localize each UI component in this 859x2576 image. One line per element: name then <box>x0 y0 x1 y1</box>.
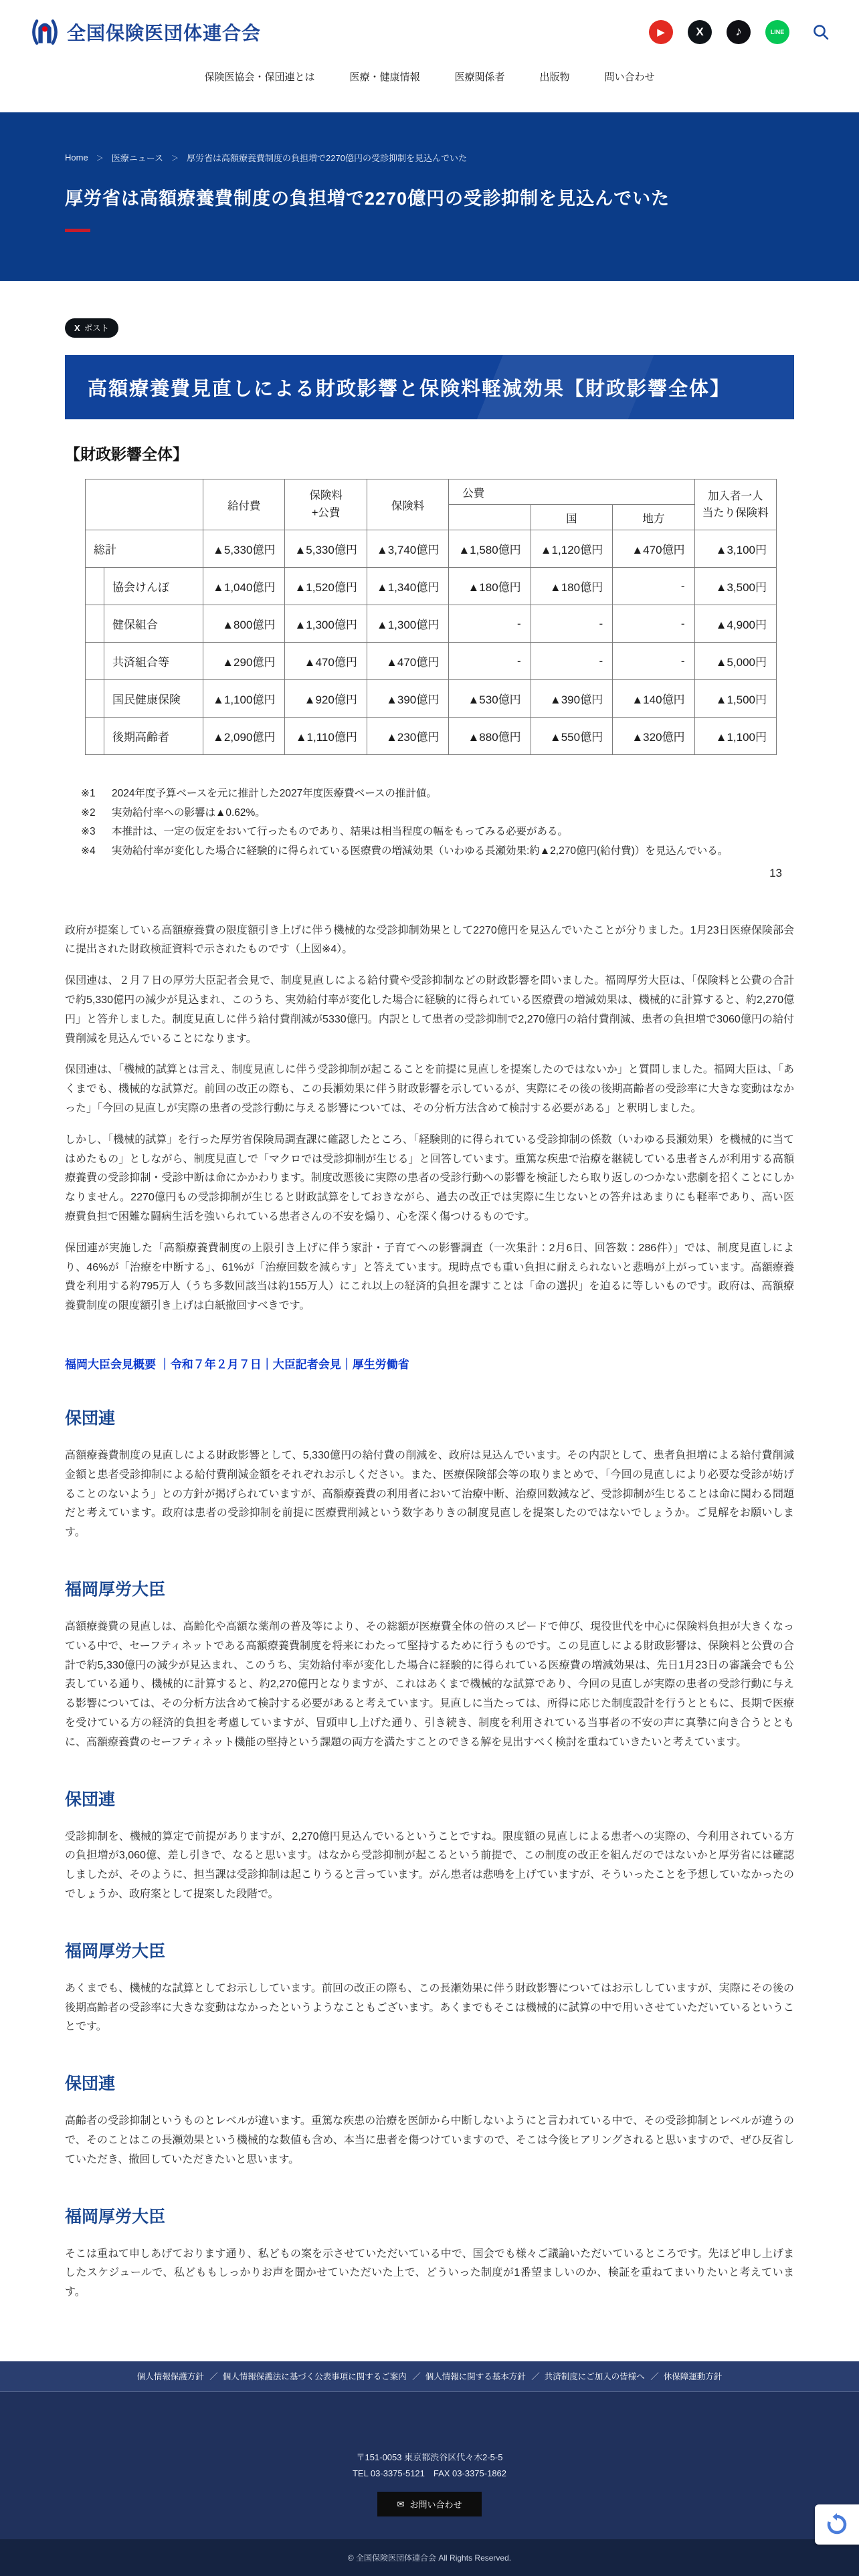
table-row: 国民健康保険▲1,100億円▲920億円▲390億円▲530億円▲390億円▲1… <box>86 680 777 718</box>
value-cell: ▲550億円 <box>531 718 612 755</box>
value-cell: - <box>531 643 612 680</box>
speaker-statement: 高額療養費制度の見直しによる財政影響として、5,330億円の給付費の削減を、政府… <box>65 1446 794 1543</box>
row-label: 共済組合等 <box>104 643 203 680</box>
col-header-benefit: 給付費 <box>203 479 285 530</box>
site-logo[interactable]: 全国保険医団体連合会 <box>29 18 261 46</box>
recaptcha-icon <box>826 2513 848 2536</box>
article-main: X ポスト 高額療養費見直しによる財政影響と保険料軽減効果【財政影響全体】 【財… <box>65 281 794 2315</box>
value-cell: ▲1,100円 <box>694 718 776 755</box>
speaker-statement: あくまでも、機械的な試算としてお示ししています。前回の改正の際も、この長瀬効果に… <box>65 1979 794 2037</box>
value-cell: ▲1,500円 <box>694 680 776 718</box>
value-cell: ▲180億円 <box>449 568 531 605</box>
value-cell: ▲1,100億円 <box>203 680 285 718</box>
footer-link-privacy-policy[interactable]: 個人情報保護方針 <box>128 2370 213 2382</box>
footer-link-personal-info[interactable]: 個人情報に関する基本方針 <box>416 2370 535 2382</box>
article-paragraph: 政府が提案している高額療養費の限度額引き上げに伴う機械的な受診抑制効果として22… <box>65 922 794 960</box>
value-cell: ▲470億円 <box>367 643 448 680</box>
value-cell: ▲800億円 <box>203 605 285 643</box>
value-cell: ▲3,740億円 <box>367 530 448 568</box>
value-cell: ▲1,580億円 <box>449 530 531 568</box>
value-cell: ▲1,110億円 <box>285 718 367 755</box>
table-row: 後期高齢者▲2,090億円▲1,110億円▲230億円▲880億円▲550億円▲… <box>86 718 777 755</box>
footer-link-leave-compensation[interactable]: 休保障運動方針 <box>654 2370 732 2382</box>
nav-item-medical-info[interactable]: 医療・健康情報 <box>349 70 419 84</box>
footer-main: 〒151-0053 東京都渋谷区代々木2-5-5 TEL 03-3375-512… <box>0 2392 859 2539</box>
footer-tel-fax: TEL 03-3375-5121 FAX 03-3375-1862 <box>0 2466 859 2482</box>
col-header-per-capita: 加入者一人当たり保険料 <box>694 479 776 530</box>
breadcrumb-current: 厚労省は高額療養費制度の負担増で2270億円の受診抑制を見込んでいた <box>187 151 467 164</box>
line-icon[interactable]: LINE <box>765 20 789 44</box>
value-cell: ▲180億円 <box>531 568 612 605</box>
value-cell: - <box>613 643 694 680</box>
table-row: 健保組合▲800億円▲1,300億円▲1,300億円---▲4,900円 <box>86 605 777 643</box>
table-row: 協会けんぽ▲1,040億円▲1,520億円▲1,340億円▲180億円▲180億… <box>86 568 777 605</box>
value-cell: ▲2,090億円 <box>203 718 285 755</box>
row-label: 総計 <box>86 530 203 568</box>
value-cell: ▲1,120億円 <box>531 530 612 568</box>
impact-banner: 高額療養費見直しによる財政影響と保険料軽減効果【財政影響全体】 <box>65 355 794 419</box>
logo-mark-icon <box>29 18 60 46</box>
value-cell: ▲5,000円 <box>694 643 776 680</box>
article-paragraph: 保団連は、「機械的試算とは言え、制度見直しに伴う受診抑制が起こることを前提に見直… <box>65 1061 794 1118</box>
speaker-statement: 高額療養費の見直しは、高齢化や高額な薬剤の普及等により、その総額が医療費全体の倍… <box>65 1618 794 1753</box>
title-accent-bar <box>65 229 90 232</box>
value-cell: ▲920億円 <box>285 680 367 718</box>
breadcrumb: Home ＞ 医療ニュース ＞ 厚労省は高額療養費制度の負担増で2270億円の受… <box>65 112 794 164</box>
breadcrumb-category-link[interactable]: 医療ニュース <box>112 151 163 164</box>
value-cell: ▲4,900円 <box>694 605 776 643</box>
note-line: ※3本推計は、一定の仮定をおいて行ったものであり、結果は相当程度の幅をもってみる… <box>81 823 794 842</box>
page: { "colors": { "brand_blue": "#1b4496", "… <box>0 0 859 2576</box>
breadcrumb-separator: ＞ <box>96 152 104 163</box>
row-label: 健保組合 <box>104 605 203 643</box>
row-label: 国民健康保険 <box>104 680 203 718</box>
article-paragraph: しかし、「機械的試算」を行った厚労省保険局調査課に確認したところ、「経験則的に得… <box>65 1131 794 1227</box>
indent-cell <box>86 605 104 643</box>
value-cell: ▲1,300億円 <box>367 605 448 643</box>
nav-item-about[interactable]: 保険医協会・保団連とは <box>204 70 314 84</box>
col-header-national: 国 <box>531 505 612 530</box>
footer-copyright: © 全国保険医団体連合会 All Rights Reserved. <box>0 2539 859 2576</box>
hero-band: Home ＞ 医療ニュース ＞ 厚労省は高額療養費制度の負担増で2270億円の受… <box>0 112 859 281</box>
footer-link-disclosure[interactable]: 個人情報保護法に基づく公表事項に関するご案内 <box>213 2370 416 2382</box>
value-cell: ▲1,040億円 <box>203 568 285 605</box>
value-cell: ▲390億円 <box>531 680 612 718</box>
x-icon[interactable]: X <box>688 20 712 44</box>
col-header-premium: 保険料 <box>367 479 448 530</box>
speaker-heading: 保団連 <box>65 2070 794 2095</box>
minister-press-conference-link[interactable]: 福岡大臣会見概要 ｜令和７年２月７日｜大臣記者会見｜厚生労働省 <box>65 1355 409 1372</box>
table-row: 総計▲5,330億円▲5,330億円▲3,740億円▲1,580億円▲1,120… <box>86 530 777 568</box>
note-line: ※2実効給付率への影響は▲0.62%。 <box>81 804 794 823</box>
col-header-public: 公費 <box>449 479 694 505</box>
value-cell: ▲390億円 <box>367 680 448 718</box>
value-cell: ▲1,300億円 <box>285 605 367 643</box>
indent-cell <box>86 680 104 718</box>
col-header-local: 地方 <box>613 505 694 530</box>
nav-item-professionals[interactable]: 医療関係者 <box>454 70 504 84</box>
tiktok-icon[interactable]: ♪ <box>727 20 751 44</box>
value-cell: ▲3,100円 <box>694 530 776 568</box>
impact-table: 給付費 保険料+公費 保険料 公費 加入者一人当たり保険料 国 地方 総計▲5,… <box>85 479 777 755</box>
speaker-statement: そこは重ねて申しあげております通り、私どもの案を示させていただいている中で、国会… <box>65 2245 794 2302</box>
impact-table-body: 総計▲5,330億円▲5,330億円▲3,740億円▲1,580億円▲1,120… <box>86 530 777 755</box>
x-logo-icon: X <box>74 323 80 333</box>
value-cell: ▲5,330億円 <box>285 530 367 568</box>
value-cell: ▲230億円 <box>367 718 448 755</box>
page-number: 13 <box>65 867 794 880</box>
nav-item-publications[interactable]: 出版物 <box>540 70 570 84</box>
breadcrumb-separator: ＞ <box>171 152 179 163</box>
value-cell: ▲3,500円 <box>694 568 776 605</box>
mail-icon: ✉ <box>397 2499 405 2510</box>
footer-links-bar: 個人情報保護方針 個人情報保護法に基づく公表事項に関するご案内 個人情報に関する… <box>0 2361 859 2392</box>
table-caption: 【財政影響全体】 <box>65 442 794 464</box>
table-row: 共済組合等▲290億円▲470億円▲470億円---▲5,000円 <box>86 643 777 680</box>
speaker-heading: 福岡厚労大臣 <box>65 1576 794 1600</box>
speaker-statement: 受診抑制を、機械的算定で前提がありますが、2,270億円見込んでいるということで… <box>65 1828 794 1905</box>
speaker-heading: 保団連 <box>65 1786 794 1810</box>
main-nav: 保険医協会・保団連とは 医療・健康情報 医療関係者 出版物 問い合わせ <box>29 70 830 84</box>
footer-link-mutual-aid[interactable]: 共済制度にご加入の皆様へ <box>535 2370 654 2382</box>
contact-button-label: お問い合わせ <box>409 2498 462 2510</box>
article-paragraph: 保団連は、２月７日の厚労大臣記者会見で、制度見直しによる給付費や受診抑制などの財… <box>65 972 794 1049</box>
speaker-statement: 高齢者の受診抑制というものとレベルが違います。重篤な疾患の治療を医師から中断しな… <box>65 2112 794 2169</box>
site-footer: 個人情報保護方針 個人情報保護法に基づく公表事項に関するご案内 個人情報に関する… <box>0 2361 859 2576</box>
indent-cell <box>86 568 104 605</box>
row-label: 後期高齢者 <box>104 718 203 755</box>
page-title: 厚労省は高額療養費制度の負担増で2270億円の受診抑制を見込んでいた <box>65 184 794 210</box>
row-label: 協会けんぽ <box>104 568 203 605</box>
note-line: ※12024年度予算ベースを元に推計した2027年度医療費ベースの推計値。 <box>81 784 794 804</box>
article-body: 政府が提案している高額療養費の限度額引き上げに伴う機械的な受診抑制効果として22… <box>65 922 794 2302</box>
search-icon[interactable] <box>812 23 830 41</box>
value-cell: - <box>613 605 694 643</box>
indent-cell <box>86 643 104 680</box>
footer-address: 〒151-0053 東京都渋谷区代々木2-5-5 <box>0 2450 859 2466</box>
value-cell: - <box>613 568 694 605</box>
site-header: 全国保険医団体連合会 ▶ X ♪ LINE 保険医協会・保団連とは 医療・健康情… <box>0 0 859 112</box>
value-cell: ▲5,330億円 <box>203 530 285 568</box>
youtube-icon[interactable]: ▶ <box>649 20 673 44</box>
article-paragraph: 保団連が実施した「高額療養費制度の上限引き上げに伴う家計・子育てへの影響調査（一… <box>65 1239 794 1316</box>
value-cell: ▲470億円 <box>613 530 694 568</box>
tweet-button[interactable]: X ポスト <box>65 318 118 338</box>
table-corner-cell <box>86 479 203 530</box>
contact-button[interactable]: ✉ お問い合わせ <box>377 2492 482 2516</box>
note-line: ※4実効給付率が変化した場合に経験的に得られている医療費の増減効果（いわゆる長瀬… <box>81 842 794 861</box>
value-cell: ▲290億円 <box>203 643 285 680</box>
nav-item-contact[interactable]: 問い合わせ <box>605 70 655 84</box>
impact-banner-title: 高額療養費見直しによる財政影響と保険料軽減効果【財政影響全体】 <box>88 374 731 401</box>
value-cell: ▲470億円 <box>285 643 367 680</box>
value-cell: ▲1,340億円 <box>367 568 448 605</box>
recaptcha-badge[interactable] <box>815 2504 859 2545</box>
value-cell: ▲880億円 <box>449 718 531 755</box>
col-header-premium-public: 保険料+公費 <box>285 479 367 530</box>
speaker-heading: 保団連 <box>65 1405 794 1429</box>
value-cell: ▲320億円 <box>613 718 694 755</box>
logo-text: 全国保険医団体連合会 <box>67 19 261 45</box>
value-cell: - <box>531 605 612 643</box>
speaker-heading: 福岡厚労大臣 <box>65 2204 794 2228</box>
breadcrumb-home-link[interactable]: Home <box>65 152 88 163</box>
speaker-heading: 福岡厚労大臣 <box>65 1938 794 1962</box>
value-cell: ▲530億円 <box>449 680 531 718</box>
table-notes: ※12024年度予算ベースを元に推計した2027年度医療費ベースの推計値。 ※2… <box>81 784 794 861</box>
indent-cell <box>86 718 104 755</box>
public-subtotal-cell <box>449 505 531 530</box>
value-cell: ▲1,520億円 <box>285 568 367 605</box>
value-cell: ▲140億円 <box>613 680 694 718</box>
value-cell: - <box>449 605 531 643</box>
tweet-button-label: ポスト <box>84 322 110 334</box>
value-cell: - <box>449 643 531 680</box>
